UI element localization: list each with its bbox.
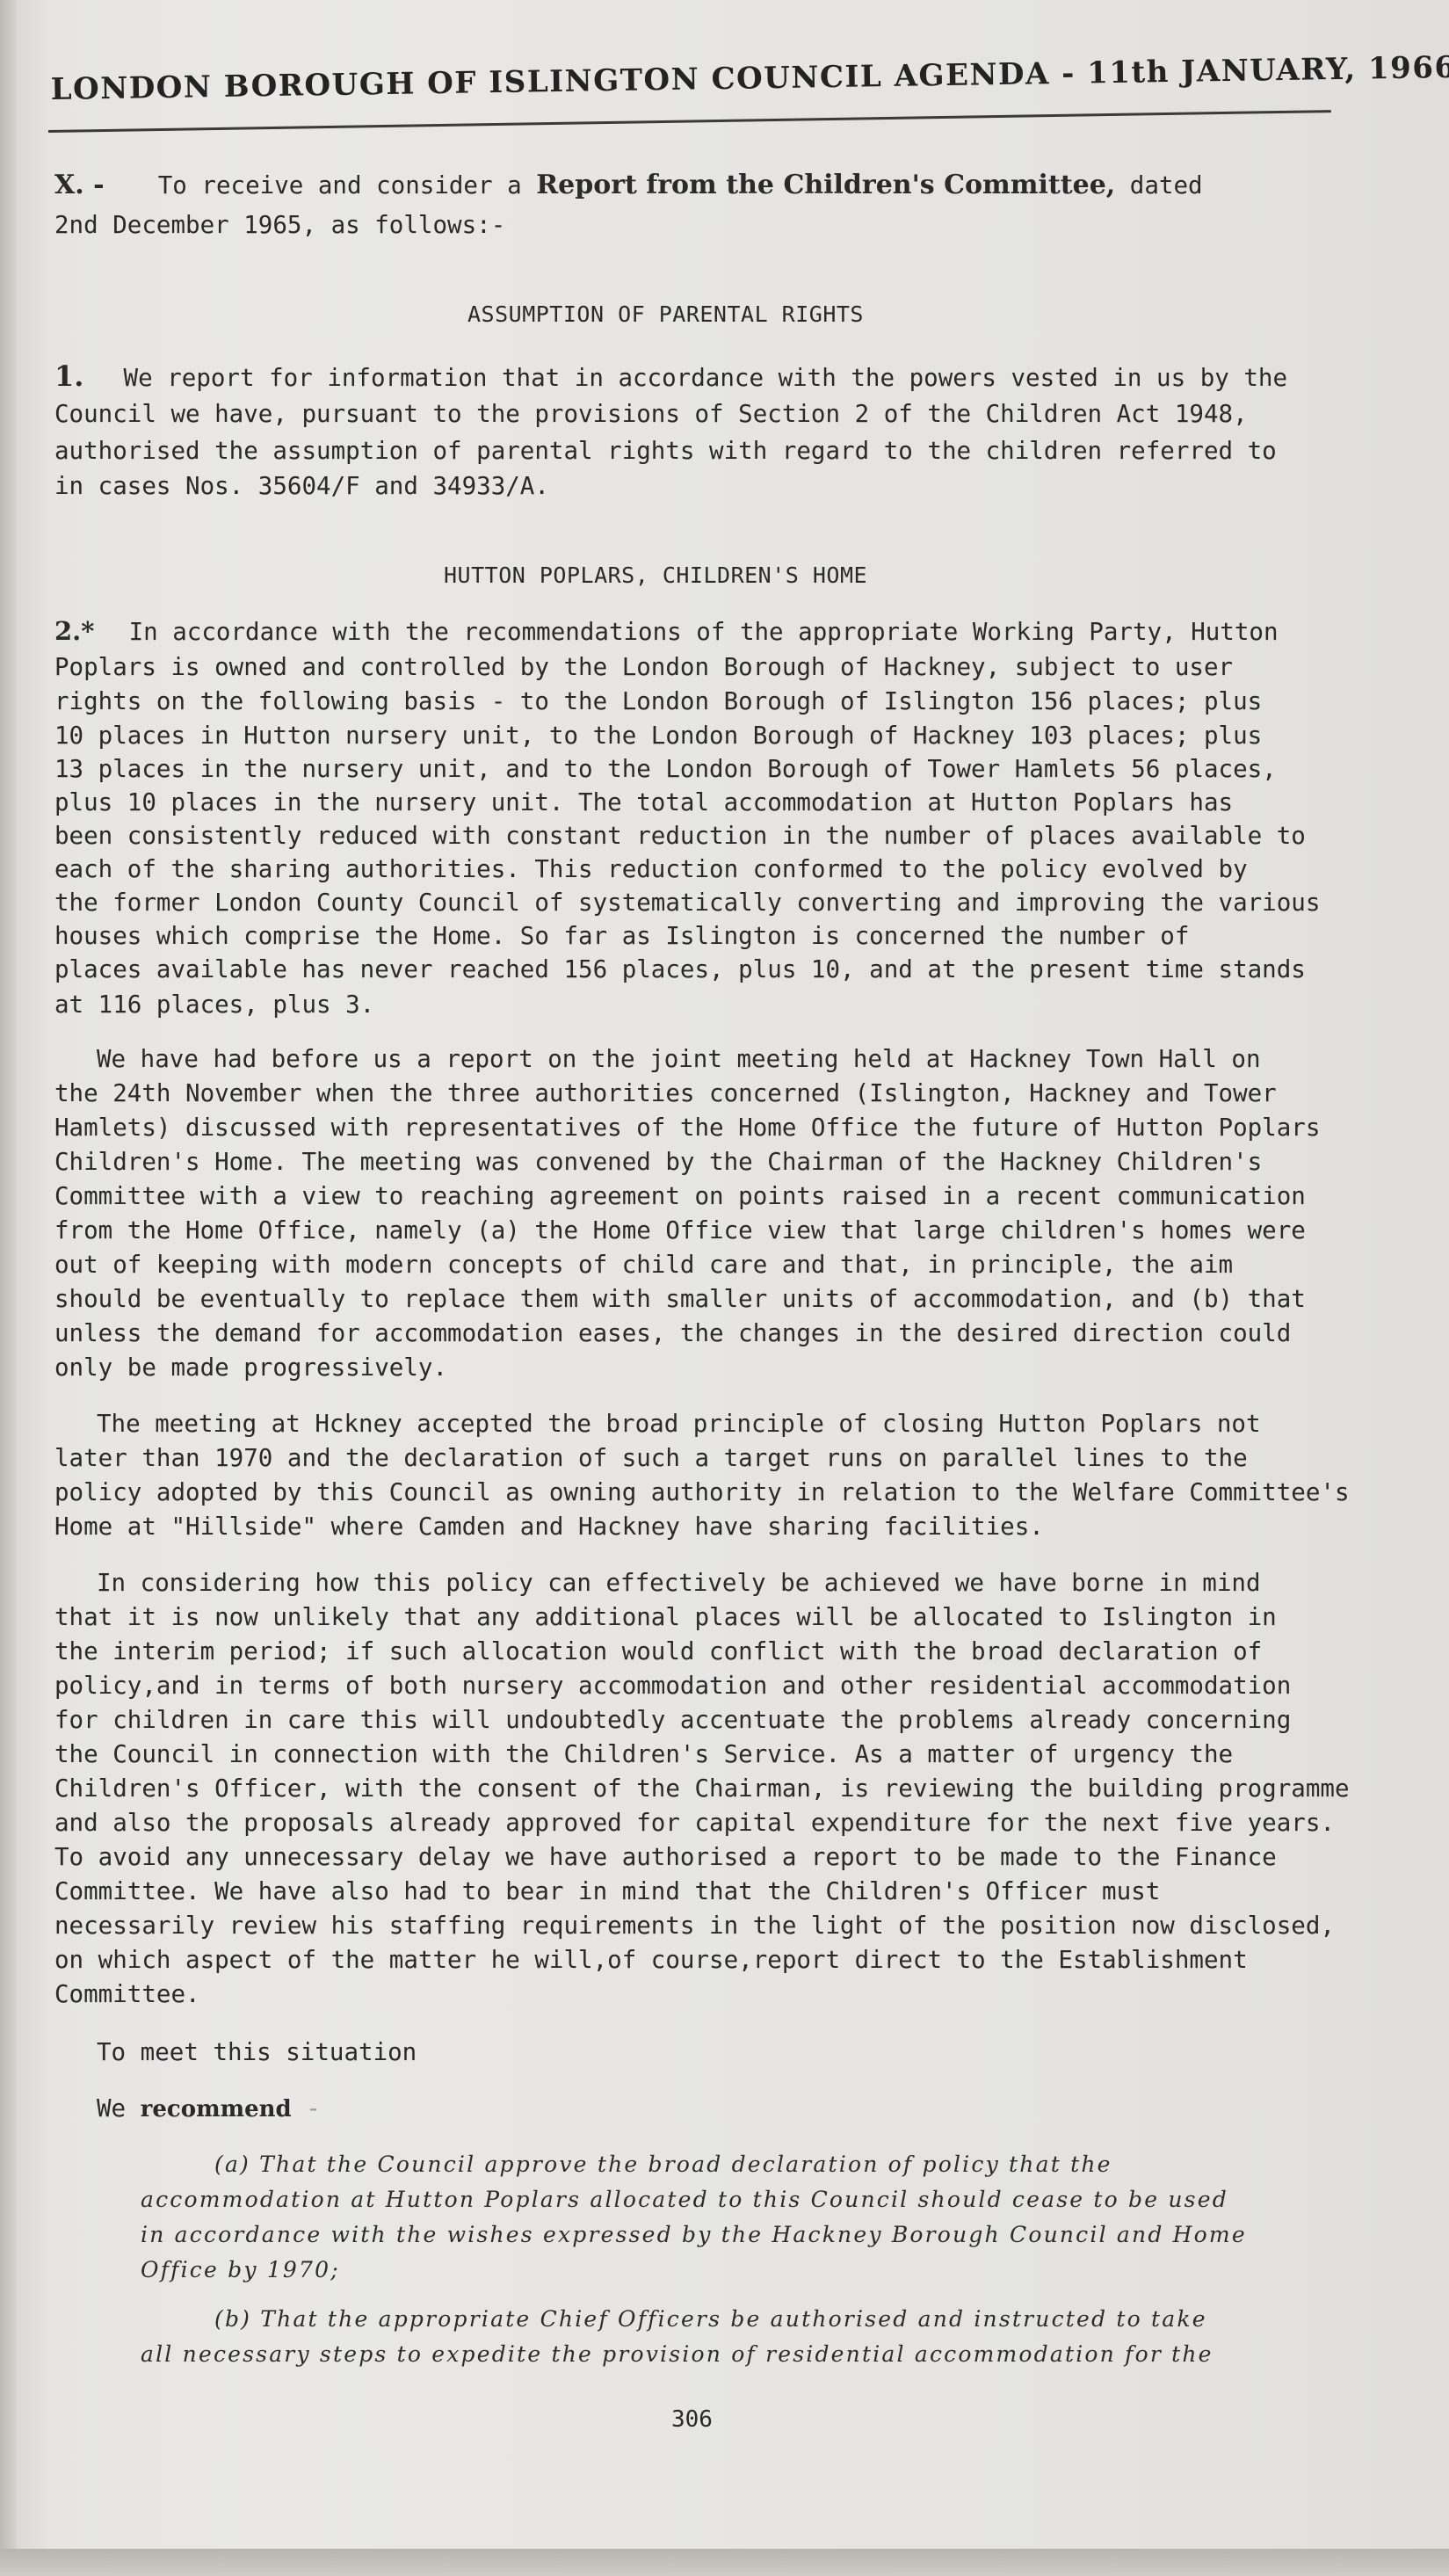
item-intro-line-2: 2nd December 1965, as follows:-: [54, 214, 505, 238]
paragraph-number: 1.: [54, 359, 83, 393]
section-2-line: places available has never reached 156 p…: [54, 958, 1306, 983]
section-2-line: 13 places in the nursery unit, and to th…: [54, 758, 1277, 782]
paragraph-number: 2.*: [54, 616, 94, 646]
section-2-line: plus 10 places in the nursery unit. The …: [54, 791, 1233, 816]
section-2-line: been consistently reduced with constant …: [54, 824, 1306, 849]
recommendation-heading: We recommend -: [97, 2097, 321, 2122]
section-heading-hutton-poplars: HUTTON POPLARS, CHILDREN'S HOME: [444, 562, 867, 588]
item-label: X. -: [54, 170, 105, 200]
section-2-line: 2.* In accordance with the recommendatio…: [54, 619, 1279, 645]
section-2-line: Poplars is owned and controlled by the L…: [54, 656, 1233, 680]
committee-report-title: Report from the Children's Committee,: [536, 170, 1115, 200]
section-1-line: Council we have, pursuant to the provisi…: [54, 403, 1248, 427]
section-2-line: houses which comprise the Home. So far a…: [54, 925, 1189, 949]
intro-text: To receive and consider a: [158, 171, 536, 200]
section-2-line: the former London County Council of syst…: [54, 891, 1320, 916]
section-1-line: 1. We report for information that in acc…: [54, 362, 1287, 391]
section-1-line: in cases Nos. 35604/F and 34933/A.: [54, 475, 549, 499]
binding-edge: [0, 0, 16, 2576]
section-heading-parental-rights: ASSUMPTION OF PARENTAL RIGHTS: [467, 301, 864, 327]
section-2-line: rights on the following basis - to the L…: [54, 690, 1262, 715]
section-2-line: 10 places in Hutton nursery unit, to the…: [54, 724, 1262, 749]
page-number: 306: [671, 2406, 713, 2433]
recommendation-intro: To meet this situation: [97, 2041, 417, 2065]
section-2-line: at 116 places, plus 3.: [54, 993, 374, 1018]
intro-dated: dated: [1115, 171, 1202, 200]
recommend-bold: recommend: [141, 2096, 292, 2122]
section-1-line: authorised the assumption of parental ri…: [54, 439, 1277, 464]
item-intro-line-1: X. - To receive and consider a Report fr…: [54, 172, 1203, 199]
page-bottom-edge: [0, 2549, 1449, 2576]
document-page: LONDON BOROUGH OF ISLINGTON COUNCIL AGEN…: [0, 0, 1449, 2576]
header-underline: [48, 110, 1331, 133]
section-2-line: each of the sharing authorities. This re…: [54, 858, 1248, 882]
agenda-header: LONDON BOROUGH OF ISLINGTON COUNCIL AGEN…: [50, 52, 1333, 107]
